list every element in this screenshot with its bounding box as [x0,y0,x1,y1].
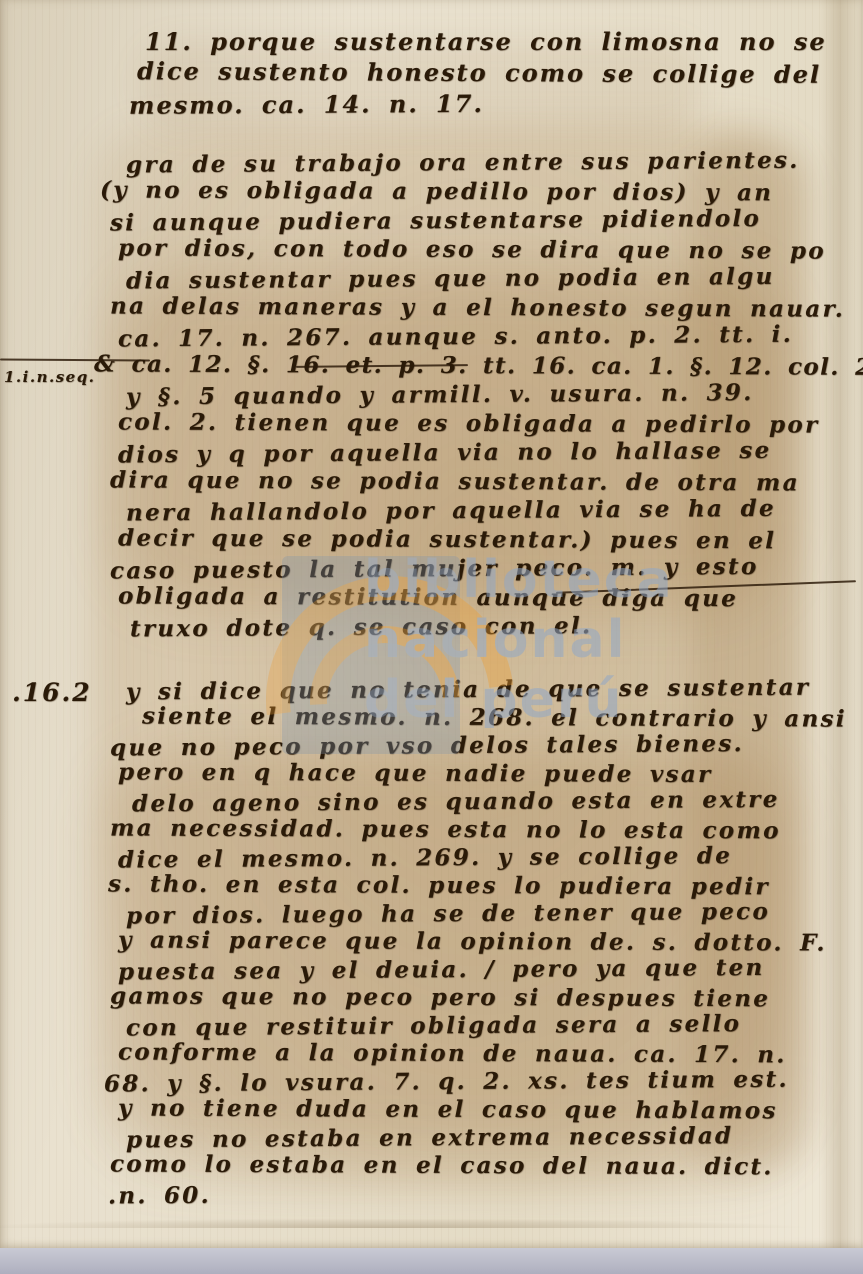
manuscript-line: y ansi parece que la opinion de. s. dott… [118,926,826,957]
body-text-block-1: gra de su trabajo ora entre sus pariente… [96,148,826,641]
scanner-background-strip [0,1248,863,1274]
manuscript-line: & ca. 12. §. 16. et. p. 3. tt. 16. ca. 1… [94,349,826,381]
manuscript-line: si aunque pudiera sustentarse pidiendolo [110,204,826,238]
manuscript-line: dios y q por aquella via no lo hallase s… [118,436,826,470]
header-line: mesmo. ca. 14. n. 17. [129,86,805,121]
manuscript-line: y §. 5 quando y armill. v. usura. n. 39. [126,378,826,412]
manuscript-line: conforme a la opinion de naua. ca. 17. n… [118,1038,826,1069]
manuscript-line: que no peco por vso delos tales bienes. [110,730,826,763]
manuscript-scan: 11. porque sustentarse con limosna no se… [0,0,863,1274]
margin-note-citation: 1.i.n.seq. [4,368,95,386]
manuscript-line: caso puesto la tal mujer peco. m. y esto [110,552,826,586]
manuscript-line: na delas maneras y a el honesto segun na… [110,291,826,323]
manuscript-line: delo ageno sino es quando esta en extre [132,786,826,819]
body-text-block-2: y si dice que no tenia de que se sustent… [96,676,826,1208]
manuscript-line: obligada a restitution aunque diga que [118,581,826,613]
header-line: dice sustento honesto como se collige de… [137,55,805,89]
manuscript-line: siente el mesmo. n. 268. el contrario y … [142,703,826,734]
manuscript-line: s. tho. en esta col. pues lo pudiera ped… [108,870,826,901]
manuscript-line: dira que no se podia sustentar. de otra … [110,465,826,497]
margin-note-section-number: .16.2 [12,678,92,707]
manuscript-line: gra de su trabajo ora entre sus pariente… [126,146,826,180]
manuscript-line: truxo dote q. se caso con el. [130,610,826,644]
manuscript-line: gamos que no peco pero si despues tiene [110,982,826,1013]
header-line: 11. porque sustentarse con limosna no se [145,26,805,57]
manuscript-line: por dios. luego ha se de tener que peco [126,898,826,931]
manuscript-line: con que restituir obligada sera a sello [126,1010,826,1043]
manuscript-line: como lo estaba en el caso del naua. dict… [110,1150,826,1181]
manuscript-line: pues no estaba en extrema necessidad [126,1122,826,1155]
manuscript-line: ca. 17. n. 267. aunque s. anto. p. 2. tt… [118,320,826,354]
manuscript-line: col. 2. tienen que es obligada a pedirlo… [118,407,826,439]
manuscript-line: (y no es obligada a pedillo por dios) y … [100,175,826,207]
manuscript-line: y si dice que no tenia de que se sustent… [126,674,826,707]
manuscript-line: 68. y §. lo vsura. 7. q. 2. xs. tes tium… [104,1065,826,1098]
page-bottom-edge [0,1218,863,1228]
manuscript-line: dia sustentar pues que no podia en algu [126,262,826,296]
manuscript-line: y no tiene duda en el caso que hablamos [118,1094,826,1125]
header-block: 11. porque sustentarse con limosna no se… [145,26,805,119]
manuscript-line: pero en q hace que nadie puede vsar [118,758,826,789]
manuscript-line: puesta sea y el deuia. / pero ya que ten [118,954,826,987]
manuscript-line: ma necessidad. pues esta no lo esta como [110,814,826,845]
manuscript-line: .n. 60. [108,1177,826,1210]
manuscript-line: dice el mesmo. n. 269. y se collige de [118,842,826,875]
manuscript-line: nera hallandolo por aquella via se ha de [126,494,826,528]
manuscript-page: 11. porque sustentarse con limosna no se… [0,0,863,1250]
manuscript-line: decir que se podia sustentar.) pues en e… [118,523,826,555]
manuscript-line: por dios, con todo eso se dira que no se… [118,233,826,265]
